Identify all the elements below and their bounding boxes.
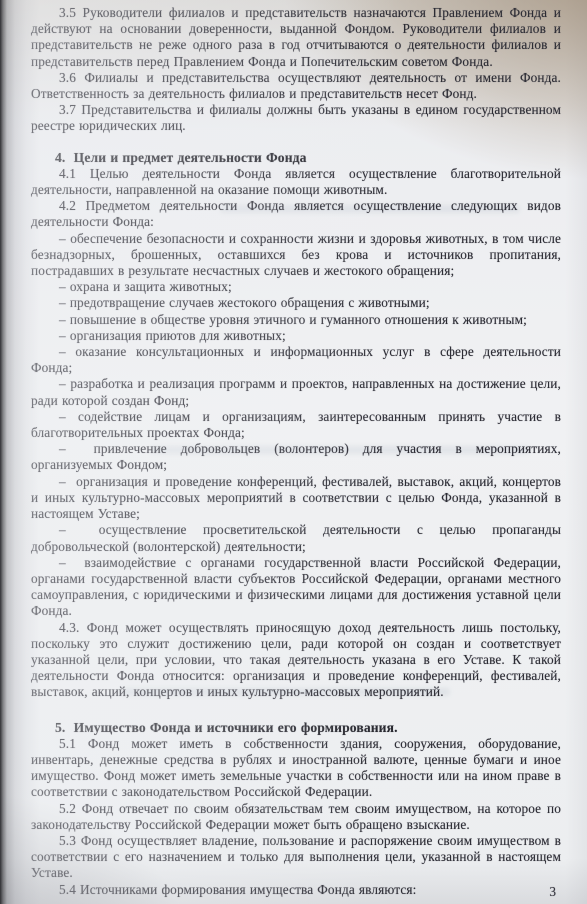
list-item: – привлечение добровольцев (волонтеров) … (31, 441, 561, 473)
clause-4-2: 4.2 Предметом деятельности Фонда являетс… (31, 198, 561, 230)
document-photo: 3.5 Руководители филиалов и представител… (0, 0, 587, 904)
clause-4-3: 4.3. Фонд может осуществлять приносящую … (31, 620, 561, 701)
clause-5-1: 5.1 Фонд может иметь в собственности зда… (31, 736, 561, 801)
clause-5-3: 5.3 Фонд осуществляет владение, пользова… (31, 833, 561, 882)
clause-4-1: 4.1 Целью деятельности Фонда является ос… (31, 166, 561, 198)
list-item: – повышение в обществе уровня этичного и… (31, 312, 561, 328)
list-item: – охрана и защита животных; (31, 279, 561, 295)
clause-3-6: 3.6 Филиалы и представительства осуществ… (31, 70, 561, 102)
section-heading-5: 5. Имущество Фонда и источники его форми… (31, 720, 561, 736)
list-item: – осуществление просветительской деятель… (31, 522, 561, 554)
clause-5-4: 5.4 Источниками формирования имущества Ф… (31, 882, 561, 898)
list-item: – организация приютов для животных; (31, 328, 561, 344)
clause-5-2: 5.2 Фонд отвечает по своим обязательства… (31, 801, 561, 833)
clause-3-7: 3.7 Представительства и филиалы должны б… (31, 102, 561, 134)
document-page: 3.5 Руководители филиалов и представител… (31, 5, 561, 898)
list-item: – содействие лицам и организациям, заинт… (31, 409, 561, 441)
page-number: 3 (549, 884, 556, 900)
section-heading-4: 4. Цели и предмет деятельности Фонда (31, 150, 561, 166)
list-item: – разработка и реализация программ и про… (31, 376, 561, 408)
list-item: – взаимодействие с органами государствен… (31, 555, 561, 620)
list-item: – оказание консультационных и информацио… (31, 344, 561, 376)
list-item: – обеспечение безопасности и сохранности… (31, 231, 561, 280)
clause-3-5: 3.5 Руководители филиалов и представител… (31, 5, 561, 70)
list-item: – организация и проведение конференций, … (31, 474, 561, 523)
list-item: – предотвращение случаев жестокого обращ… (31, 295, 561, 311)
